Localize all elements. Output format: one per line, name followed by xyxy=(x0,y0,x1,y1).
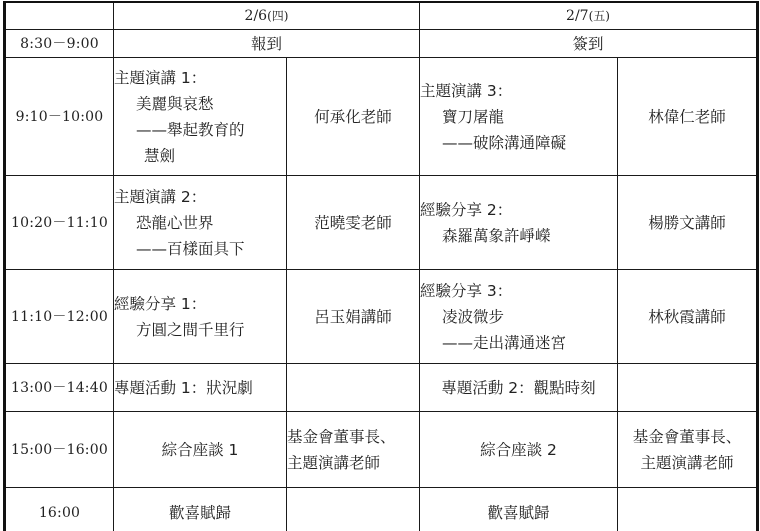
topic-subtitle-2: ——百樣面具下 xyxy=(114,236,286,262)
speaker-line: 基金會董事長、 xyxy=(287,424,419,450)
speaker-line: 主題演講老師 xyxy=(618,450,756,476)
day2-speaker xyxy=(618,488,758,531)
day1-date: 2/6 xyxy=(245,8,268,24)
topic-subtitle: 寶刀屠龍 xyxy=(420,104,617,130)
time-cell: 13:00－14:40 xyxy=(5,364,114,412)
schedule-table: 2/6(四) 2/7(五) 8:30－9:00 報到 簽到 9:10－10:00… xyxy=(3,1,759,531)
day1-speaker: 呂玉娟講師 xyxy=(287,270,420,364)
topic-subtitle: 方圓之間千里行 xyxy=(114,317,286,343)
schedule-row-special-activity: 13:00－14:40 專題活動 1：狀況劇 專題活動 2：觀點時刻 xyxy=(5,364,758,412)
topic-subtitle: 森羅萬象許崢嶸 xyxy=(420,223,617,249)
time-cell: 15:00－16:00 xyxy=(5,412,114,488)
day1-activity: 綜合座談 1 xyxy=(114,412,287,488)
speaker-line: 基金會董事長、 xyxy=(618,424,756,450)
corner-cell xyxy=(5,2,114,30)
topic-subtitle: 恐龍心世界 xyxy=(114,210,286,236)
schedule-row-panel: 15:00－16:00 綜合座談 1 基金會董事長、 主題演講老師 綜合座談 2… xyxy=(5,412,758,488)
day2-speaker: 林偉仁老師 xyxy=(618,58,758,176)
day1-topic: 主題演講 1： 美麗與哀愁 ——舉起教育的 慧劍 xyxy=(114,58,287,176)
day1-speaker xyxy=(287,488,420,531)
day2-activity: 綜合座談 2 xyxy=(420,412,618,488)
day2-activity: 歡喜賦歸 xyxy=(420,488,618,531)
schedule-row-registration: 8:30－9:00 報到 簽到 xyxy=(5,30,758,58)
topic-subtitle-2: ——走出溝通迷宮 xyxy=(420,330,617,356)
topic-subtitle-2: ——破除溝通障礙 xyxy=(420,130,617,156)
topic-subtitle-3: 慧劍 xyxy=(114,143,286,169)
day1-weekday: (四) xyxy=(267,9,288,23)
speaker-line: 主題演講老師 xyxy=(287,450,419,476)
topic-subtitle: 美麗與哀愁 xyxy=(114,91,286,117)
schedule-row-session-2: 10:20－11:10 主題演講 2： 恐龍心世界 ——百樣面具下 范曉雯老師 … xyxy=(5,176,758,270)
day2-speaker: 林秋霞講師 xyxy=(618,270,758,364)
day1-speaker: 基金會董事長、 主題演講老師 xyxy=(287,412,420,488)
schedule-sheet: 2/6(四) 2/7(五) 8:30－9:00 報到 簽到 9:10－10:00… xyxy=(0,0,760,531)
day2-topic: 主題演講 3： 寶刀屠龍 ——破除溝通障礙 xyxy=(420,58,618,176)
day1-topic: 主題演講 2： 恐龍心世界 ——百樣面具下 xyxy=(114,176,287,270)
time-cell: 11:10－12:00 xyxy=(5,270,114,364)
time-cell: 9:10－10:00 xyxy=(5,58,114,176)
topic-title: 經驗分享 1： xyxy=(114,291,286,317)
time-cell: 10:20－11:10 xyxy=(5,176,114,270)
day2-activity: 專題活動 2：觀點時刻 xyxy=(420,364,618,412)
topic-title: 主題演講 1： xyxy=(114,65,286,91)
time-cell: 8:30－9:00 xyxy=(5,30,114,58)
day2-speaker xyxy=(618,364,758,412)
day1-activity: 歡喜賦歸 xyxy=(114,488,287,531)
day1-activity: 報到 xyxy=(114,30,420,58)
time-cell: 16:00 xyxy=(5,488,114,531)
day2-date-header: 2/7(五) xyxy=(420,2,758,30)
topic-title: 經驗分享 2： xyxy=(420,197,617,223)
topic-title: 經驗分享 3： xyxy=(420,278,617,304)
schedule-row-session-1: 9:10－10:00 主題演講 1： 美麗與哀愁 ——舉起教育的 慧劍 何承化老… xyxy=(5,58,758,176)
topic-subtitle-2: ——舉起教育的 xyxy=(114,117,286,143)
topic-title: 主題演講 3： xyxy=(420,78,617,104)
day1-speaker: 何承化老師 xyxy=(287,58,420,176)
day2-weekday: (五) xyxy=(589,9,610,23)
topic-subtitle: 凌波微步 xyxy=(420,304,617,330)
day1-speaker xyxy=(287,364,420,412)
day1-speaker: 范曉雯老師 xyxy=(287,176,420,270)
day1-date-header: 2/6(四) xyxy=(114,2,420,30)
day2-speaker: 楊勝文講師 xyxy=(618,176,758,270)
topic-title: 主題演講 2： xyxy=(114,184,286,210)
day1-topic: 經驗分享 1： 方圓之間千里行 xyxy=(114,270,287,364)
schedule-row-closing: 16:00 歡喜賦歸 歡喜賦歸 xyxy=(5,488,758,531)
schedule-row-session-3: 11:10－12:00 經驗分享 1： 方圓之間千里行 呂玉娟講師 經驗分享 3… xyxy=(5,270,758,364)
day2-topic: 經驗分享 3： 凌波微步 ——走出溝通迷宮 xyxy=(420,270,618,364)
date-header-row: 2/6(四) 2/7(五) xyxy=(5,2,758,30)
day2-date: 2/7 xyxy=(566,8,589,24)
day2-topic: 經驗分享 2： 森羅萬象許崢嶸 xyxy=(420,176,618,270)
day1-activity: 專題活動 1：狀況劇 xyxy=(114,364,287,412)
day2-activity: 簽到 xyxy=(420,30,758,58)
day2-speaker: 基金會董事長、 主題演講老師 xyxy=(618,412,758,488)
